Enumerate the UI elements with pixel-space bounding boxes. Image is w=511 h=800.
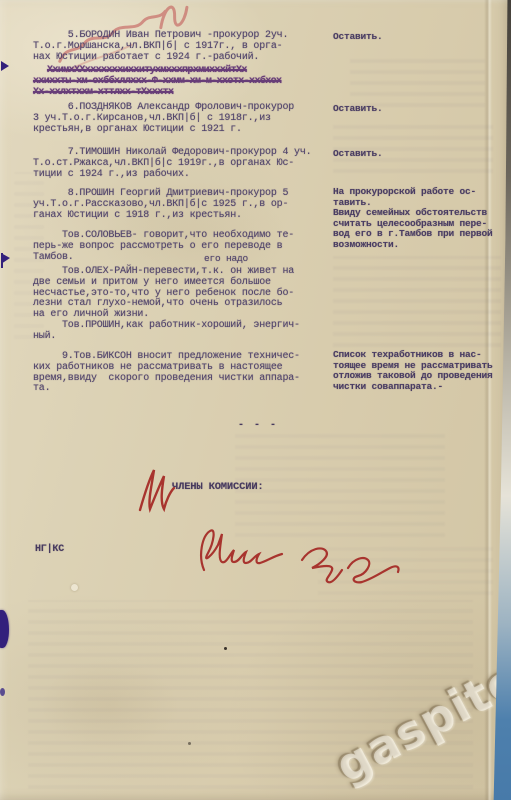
entry-6-text: 6.ПОЗДНЯКОВ Александр Фролович-прокурор … <box>33 103 294 135</box>
margin-mark-icon <box>0 60 10 74</box>
signature-ink-right <box>292 536 407 594</box>
document-photo: 5.БОРОДИН Иван Петрович -прокурор 2уч. Т… <box>0 0 511 800</box>
paper-flaw-spot <box>71 584 78 591</box>
commission-label: ЧЛЕНЫ КОМИССИИ: <box>172 482 264 493</box>
interline-insertion: его надо <box>204 254 248 265</box>
signature-ink-left <box>188 524 298 586</box>
document-page: 5.БОРОДИН Иван Петрович -прокурор 2уч. Т… <box>0 0 511 800</box>
entry-5-resolution: Оставить. <box>333 32 383 43</box>
entry-6-resolution: Оставить. <box>333 104 383 115</box>
bleedthrough-area <box>350 52 485 110</box>
speech-soloviev: Тов.СОЛОВЬЕВ- говорит,что необходимо те-… <box>33 231 294 263</box>
entry-5-text: 5.БОРОДИН Иван Петрович -прокурор 2уч. Т… <box>33 31 288 63</box>
entry-8-text: 8.ПРОШИН Георгий Дмитриевич-прокурор 5 у… <box>33 189 288 221</box>
bleedthrough-area <box>333 256 501 350</box>
entry-9-text: 9.Тов.БИКСОН вносит предложение техничес… <box>33 352 300 395</box>
paper-speck <box>188 742 191 745</box>
ink-blob <box>0 610 9 648</box>
paper-stain <box>40 660 180 750</box>
strikeout-line-3: Хх-ххлхтххм-хттлхх-тХхххтх <box>33 88 173 99</box>
paper-speck <box>224 647 227 650</box>
paper-crease <box>484 0 492 800</box>
bleedthrough-area <box>28 600 473 792</box>
speech-oleh-rain: Тов.ОЛЕХ-РАЙН-перевести,т.к. он живет на… <box>33 267 300 343</box>
bleedthrough-area <box>333 118 493 176</box>
entry-8-resolution: На прокурорской работе ос- тавить. Ввиду… <box>333 187 493 250</box>
section-divider: - - - <box>238 421 278 432</box>
entry-9-resolution: Список техработников в нас- тоящее время… <box>333 350 493 392</box>
ink-dot <box>0 688 5 696</box>
entry-7-resolution: Оставить. <box>333 149 383 160</box>
margin-mark-icon <box>0 252 11 268</box>
typist-initials: НГ|КС <box>35 545 64 556</box>
entry-7-text: 7.ТИМОШИН Николай Федорович-прокурор 4 у… <box>33 148 311 180</box>
